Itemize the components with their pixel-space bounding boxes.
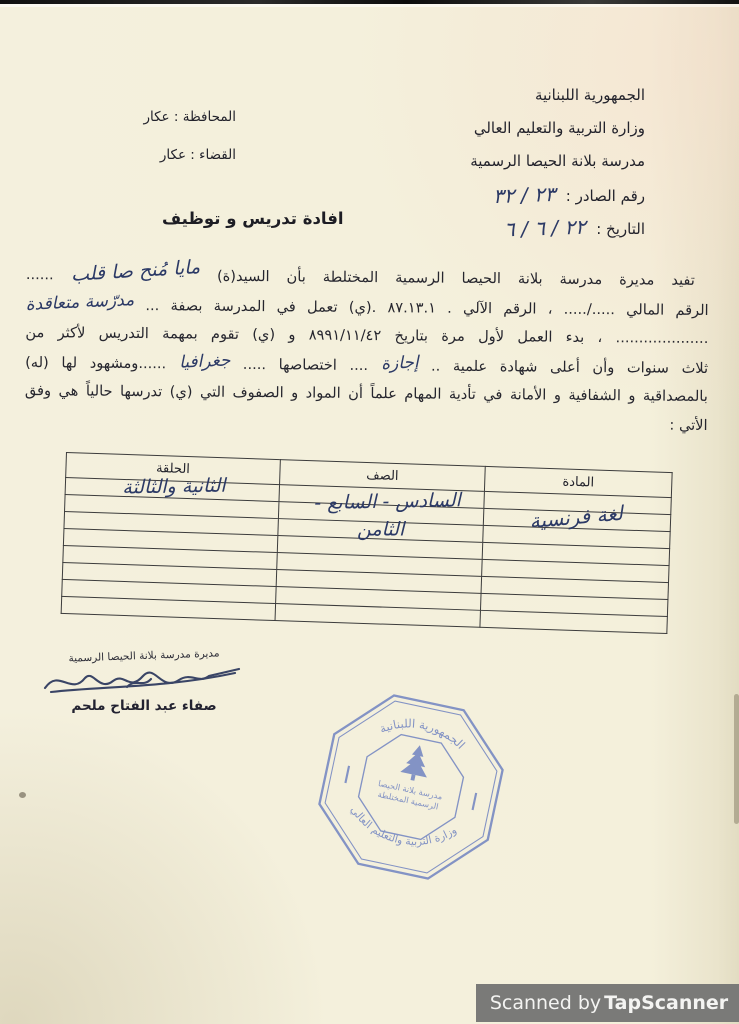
paper-speck — [19, 792, 26, 798]
cycle-handwritten: الثانية والثالثة — [69, 474, 279, 500]
issue-number-label: رقم الصادر : — [566, 187, 645, 205]
scanned-document-page: الجمهورية اللبنانية وزارة التربية والتعل… — [0, 0, 739, 1024]
governorate-line: المحافظة : عكار — [88, 106, 236, 144]
dotted-line: ...... — [26, 266, 54, 283]
issue-number-line: رقم الصادر : ٢٣ / ٣٢ — [305, 179, 645, 212]
degree-text: ثلاث سنوات وأن أعلى شهادة علمية .. — [431, 357, 708, 376]
school-line: مدرسة بلانة الحيصا الرسمية — [305, 146, 645, 179]
scanner-watermark-bar: Scanned by TapScanner — [476, 984, 739, 1022]
dotted-line: .................... — [616, 329, 709, 347]
body-line-1-text: تفيد مديرة مدرسة بلانة الحيصا الرسمية ال… — [217, 268, 709, 289]
district-line: القضاء : عكار — [88, 144, 236, 182]
stamp-bottom-text: وزارة التربية والتعليم العالي — [343, 802, 461, 858]
cedar-tree-icon — [399, 742, 433, 783]
classes-handwritten-line2: الثامن — [326, 518, 436, 540]
scan-top-edge — [0, 0, 739, 4]
date-handwritten: ٢٢ / ٦ / ٦ — [503, 212, 586, 245]
teacher-name-handwritten: مايا مُنح صا قلب — [70, 253, 201, 289]
teaching-duty-text: و (ي) تقوم بمهمة التدريس لأكثر من — [25, 324, 295, 343]
svg-text:الجمهورية اللبنانية: الجمهورية اللبنانية — [375, 709, 471, 754]
specialization-handwritten: جغرافيا — [178, 346, 230, 377]
job-title-handwritten: مدرّسة متعاقدة — [25, 286, 135, 319]
certificate-body: تفيد مديرة مدرسة بلانة الحيصا الرسمية ال… — [24, 259, 709, 440]
republic-line: الجمهورية اللبنانية — [305, 80, 645, 113]
official-stamp: الجمهورية اللبنانية وزارة التربية والتعل… — [296, 672, 526, 902]
letterhead-right: الجمهورية اللبنانية وزارة التربية والتعل… — [305, 80, 645, 245]
date-line: التاريخ : ٢٢ / ٦ / ٦ — [305, 212, 645, 245]
stamp-top-text: الجمهورية اللبنانية — [375, 709, 471, 754]
works-as-text: .(ي) تعمل في المدرسة بصفة ... — [145, 297, 376, 316]
ministry-line: وزارة التربية والتعليم العالي — [305, 113, 645, 146]
body-line-5: بالمصداقية و الشفافية و الأمانة في تأدية… — [25, 377, 708, 411]
start-work-text: ، بدء العمل لأول مرة بتاريخ — [394, 327, 602, 346]
document-title: افادة تدريس و توظيف — [162, 209, 344, 228]
financial-number-text: الرقم المالي ...../..... ، الرقم الآلي . — [447, 299, 709, 318]
watermark-prefix: Scanned by — [490, 992, 601, 1014]
classes-handwritten-line1: السادس - السابع - — [292, 489, 482, 515]
commended-text: ......ومشهود لها (له) — [25, 354, 166, 372]
letterhead-left: المحافظة : عكار القضاء : عكار — [88, 106, 236, 182]
signature-ink — [39, 660, 249, 702]
automatic-number: ٨٧.١٣.١ — [387, 294, 436, 323]
scan-edge-smudge — [734, 694, 739, 824]
specialization-text: .... اختصاصها ..... — [243, 355, 368, 373]
degree-handwritten: إجازة — [380, 348, 419, 378]
body-line-6: الأتي : — [24, 406, 707, 440]
date-label: التاريخ : — [596, 220, 645, 238]
svg-text:وزارة التربية والتعليم العالي: وزارة التربية والتعليم العالي — [343, 802, 461, 858]
signature-block: مديرة مدرسة بلانة الحيصا الرسمية صفاء عب… — [28, 650, 260, 714]
stamp-seal-icon: الجمهورية اللبنانية وزارة التربية والتعل… — [296, 672, 526, 902]
watermark-brand: TapScanner — [604, 992, 728, 1014]
subjects-table-wrapper: المادة الصف الحلقة لغة فرنسية السادس - ا… — [61, 452, 672, 634]
start-date: ٢٤/١١/١٩٩٨ — [309, 322, 382, 351]
issue-number-handwritten: ٢٣ / ٣٢ — [492, 179, 555, 211]
